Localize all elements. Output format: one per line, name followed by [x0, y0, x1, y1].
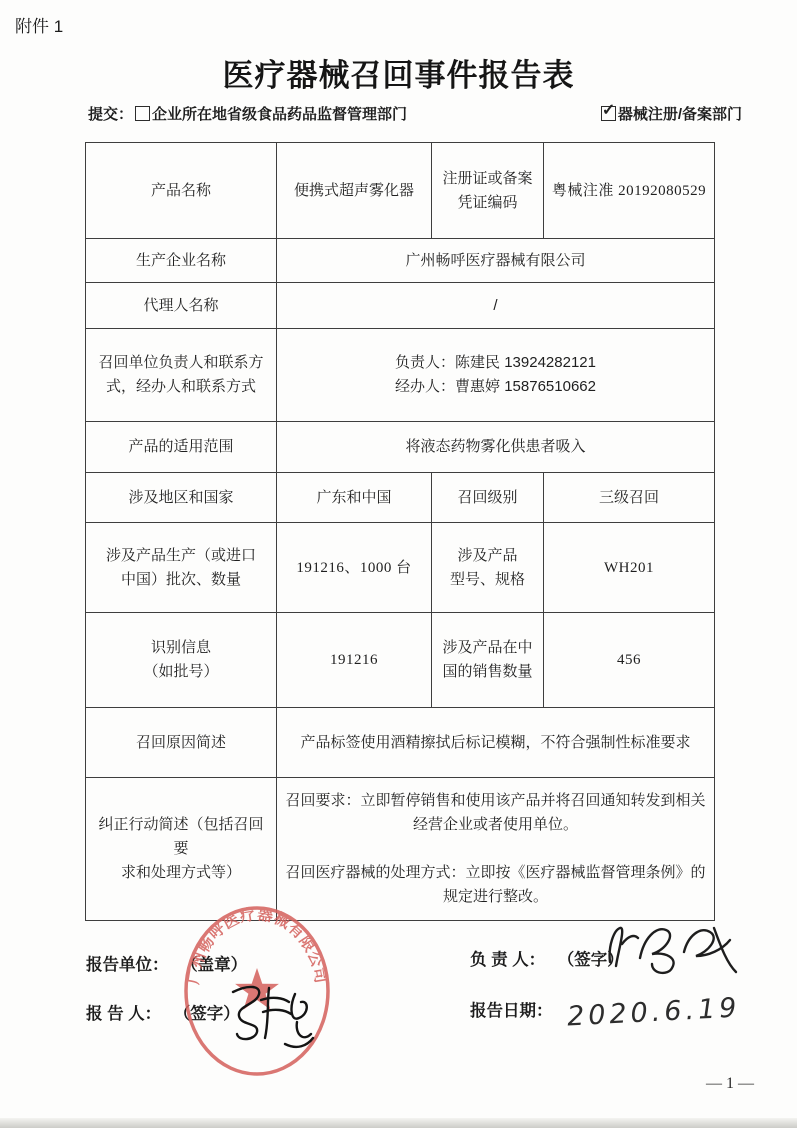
cell-batch-quantity-value: 191216、1000 台 — [277, 523, 432, 613]
submit-option-registration-label: 器械注册/备案部门 — [618, 103, 742, 124]
cell-manufacturer-label: 生产企业名称 — [86, 239, 277, 283]
cell-regions-value: 广东和中国 — [277, 473, 432, 523]
cell-corrective-action-value: 召回要求：立即暂停销售和使用该产品并将召回通知转发到相关经营企业或者使用单位。 … — [277, 778, 715, 921]
cell-batch-quantity-label: 涉及产品生产（或进口 中国）批次、数量 — [86, 523, 277, 613]
reporter-label: 报 告 人： — [86, 1005, 161, 1023]
recall-report-table: 产品名称 便携式超声雾化器 注册证或备案 凭证编码 粤械注准 201920805… — [85, 142, 715, 921]
cell-regions-label: 涉及地区和国家 — [86, 473, 277, 523]
report-date-handwritten: 2020.6.19 — [566, 992, 741, 1032]
scan-bottom-edge — [0, 1118, 797, 1128]
checkbox-checked-icon: ✓ — [601, 106, 616, 121]
submit-option-provincial: 提交： 企业所在地省级食品药品监督管理部门 — [88, 103, 407, 124]
cell-model-spec-label: 涉及产品 型号、规格 — [432, 523, 544, 613]
cell-recall-reason-label: 召回原因简述 — [86, 708, 277, 778]
submit-option-registration: ✓ 器械注册/备案部门 — [601, 103, 742, 124]
submit-line: 提交： 企业所在地省级食品药品监督管理部门 ✓ 器械注册/备案部门 — [88, 103, 742, 124]
table-row: 生产企业名称 广州畅呼医疗器械有限公司 — [86, 239, 715, 283]
cell-registration-no-label: 注册证或备案 凭证编码 — [432, 143, 544, 239]
cell-china-sales-label: 涉及产品在中 国的销售数量 — [432, 613, 544, 708]
table-row: 召回单位负责人和联系方 式，经办人和联系方式 负责人：陈建民 139242821… — [86, 329, 715, 422]
checkbox-unchecked-icon — [135, 106, 150, 121]
cell-product-name-label: 产品名称 — [86, 143, 277, 239]
table-row: 纠正行动简述（包括召回要 求和处理方式等） 召回要求：立即暂停销售和使用该产品并… — [86, 778, 715, 921]
table-row: 代理人名称 / — [86, 283, 715, 329]
cell-identification-value: 191216 — [277, 613, 432, 708]
table-row: 涉及产品生产（或进口 中国）批次、数量 191216、1000 台 涉及产品 型… — [86, 523, 715, 613]
cell-manufacturer-value: 广州畅呼医疗器械有限公司 — [277, 239, 715, 283]
cell-agent-name-value: / — [277, 283, 715, 329]
submit-option-provincial-label: 企业所在地省级食品药品监督管理部门 — [152, 103, 407, 124]
cell-contacts-label: 召回单位负责人和联系方 式，经办人和联系方式 — [86, 329, 277, 422]
table-row: 产品名称 便携式超声雾化器 注册证或备案 凭证编码 粤械注准 201920805… — [86, 143, 715, 239]
cell-recall-level-label: 召回级别 — [432, 473, 544, 523]
cell-scope-label: 产品的适用范围 — [86, 422, 277, 473]
cell-product-name-value: 便携式超声雾化器 — [277, 143, 432, 239]
report-date-line: 报告日期： 2020.6.19 — [470, 997, 741, 1028]
cell-china-sales-value: 456 — [544, 613, 715, 708]
table-row: 涉及地区和国家 广东和中国 召回级别 三级召回 — [86, 473, 715, 523]
cell-agent-name-label: 代理人名称 — [86, 283, 277, 329]
responsible-label: 负 责 人： — [470, 951, 545, 969]
cell-model-spec-value: WH201 — [544, 523, 715, 613]
page-title: 医疗器械召回事件报告表 — [0, 50, 797, 95]
cell-identification-label: 识别信息 （如批号） — [86, 613, 277, 708]
cell-contacts-value: 负责人：陈建民 13924282121 经办人：曹惠婷 15876510662 — [277, 329, 715, 422]
cell-registration-no-value: 粤械注准 20192080529 — [544, 143, 715, 239]
table-row: 识别信息 （如批号） 191216 涉及产品在中 国的销售数量 456 — [86, 613, 715, 708]
table-row: 召回原因简述 产品标签使用酒精擦拭后标记模糊，不符合强制性标准要求 — [86, 708, 715, 778]
report-date-label: 报告日期： — [470, 1002, 553, 1020]
submit-label: 提交： — [88, 103, 133, 124]
check-mark-icon: ✓ — [602, 100, 615, 120]
cell-corrective-action-label: 纠正行动简述（包括召回要 求和处理方式等） — [86, 778, 277, 921]
page-number: — 1 — — [680, 1075, 780, 1093]
cell-recall-reason-value: 产品标签使用酒精擦拭后标记模糊，不符合强制性标准要求 — [277, 708, 715, 778]
responsible-signature — [600, 918, 740, 983]
report-unit-label: 报告单位： — [86, 956, 169, 974]
attachment-label: 附件 1 — [15, 12, 63, 37]
table-row: 产品的适用范围 将液态药物雾化供患者吸入 — [86, 422, 715, 473]
reporter-signature — [225, 978, 320, 1053]
cell-recall-level-value: 三级召回 — [544, 473, 715, 523]
cell-scope-value: 将液态药物雾化供患者吸入 — [277, 422, 715, 473]
